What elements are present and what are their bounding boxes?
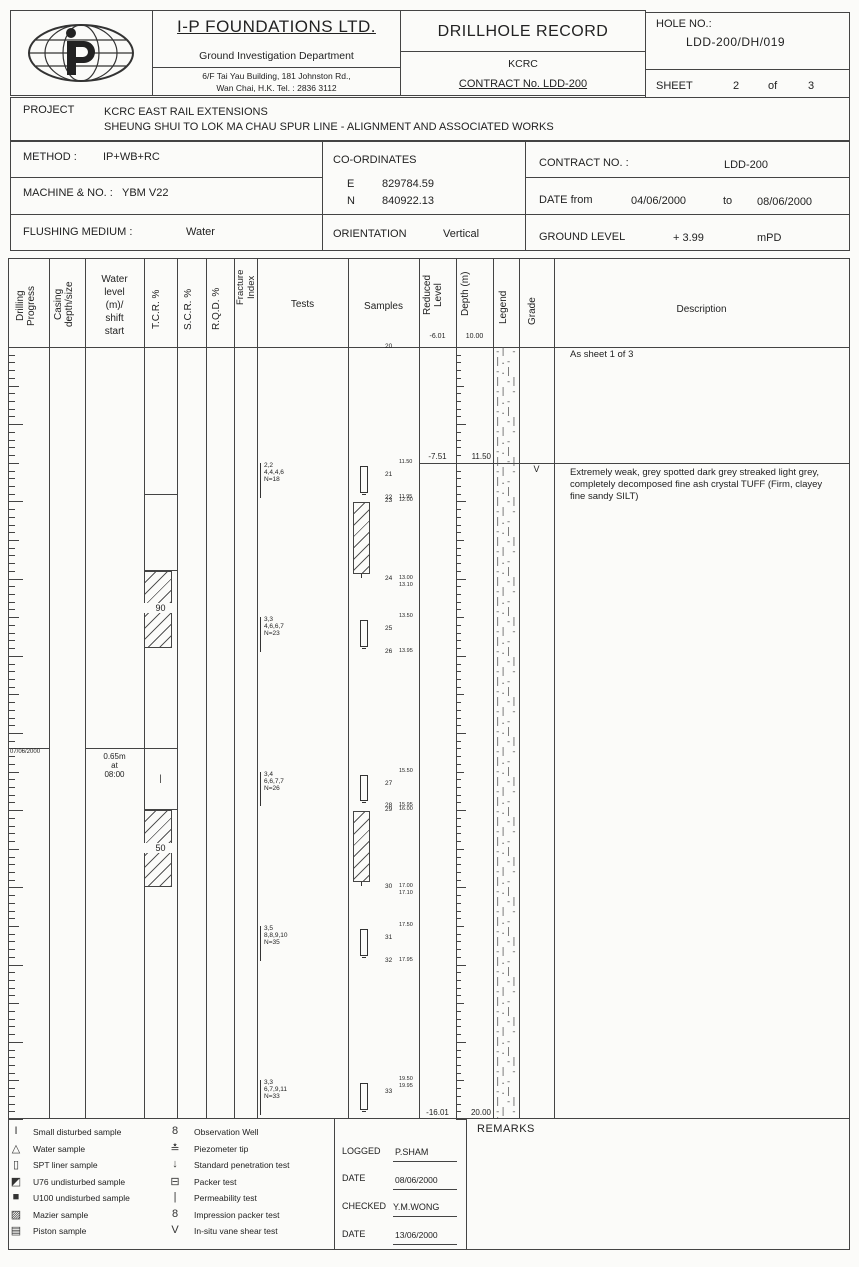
sheet-number: 2 [733,80,739,92]
depth-tick [9,849,19,850]
spt-test-value: N=33 [264,1093,280,1100]
date-to-label: to [723,195,732,207]
logged-date-label: DATE [342,1173,365,1183]
key-label: Small disturbed sample [33,1127,121,1137]
sample-number: 26 [385,648,392,655]
tcr-value: | [144,773,177,783]
depth-tick [9,656,23,657]
depth-tick [9,563,15,564]
depth-tick [9,540,19,541]
water-level-header-line: (m)/ [85,299,144,312]
water-level-value: 0.65m [85,752,144,761]
record-title-box: DRILLHOLE RECORD KCRC CONTRACT No. LDD-2… [400,10,646,96]
sample-depth: 12.00 [399,497,413,503]
method-value: IP+WB+RC [103,151,160,163]
col-header-scr: S.C.R. % [183,279,201,339]
depth-tick [456,509,461,510]
spt-liner-sample-icon: ▯ [9,1158,23,1171]
depth-tick [9,779,15,780]
depth-tick [9,401,15,402]
depth-tick [9,555,15,556]
depth-tick [9,895,15,896]
spt-test-bar [260,1080,261,1115]
depth-tick [9,1026,15,1027]
orientation-label: ORIENTATION [333,228,407,240]
contract-no-value: LDD-200 [724,159,768,171]
mazier-sample-icon [353,502,370,573]
checked-label: CHECKED [342,1201,386,1211]
depth-tick [456,440,461,441]
depth-tick [456,1042,466,1043]
key-label: Impression packer test [194,1210,280,1220]
depth-tick [456,965,466,966]
sample-number: 20 [385,343,392,350]
spt-test-value: N=18 [264,476,280,483]
remarks-label: REMARKS [477,1123,535,1135]
ip-globe-logo-icon [26,22,136,84]
water-level-header-line: Water [85,273,144,286]
col-header-description: Description [554,304,849,315]
depth-tick [9,887,23,888]
depth-tick [9,455,15,456]
machine-label: MACHINE & NO. : [23,187,113,199]
ground-level-unit: mPD [757,232,781,244]
depth-tick [9,741,15,742]
project-label: PROJECT [23,104,74,116]
depth-tick [456,918,461,919]
col-header-water-level: Water level (m)/ shift start [85,273,144,338]
sample-base [362,957,366,958]
depth-tick [456,362,461,363]
depth-tick [456,633,461,634]
col-header-legend: Legend [498,277,516,337]
depth-tick [9,1011,15,1012]
col-header-rqd: R.Q.D. % [211,279,229,339]
depth-tick [456,1096,461,1097]
depth-tick [456,424,466,425]
spt-test-value: 4,6,6,7 [264,623,284,630]
depth-tick [9,378,15,379]
tcr-value: 50 [144,843,177,853]
depth-tick [456,718,461,719]
depth-tick [456,833,461,834]
depth-tick [456,764,461,765]
sheet-label: SHEET [656,80,693,92]
stratum-reduced-level: -16.01 [419,1108,456,1117]
depth-tick [9,718,15,719]
depth-tick [9,787,15,788]
depth-tick [9,926,19,927]
depth-tick [456,501,466,502]
depth-tick [456,1057,461,1058]
depth-tick [9,694,19,695]
northing-label: N [347,195,355,207]
sample-depth: 13.95 [399,648,413,654]
depth-tick [456,934,461,935]
stratum-description: As sheet 1 of 3 [570,349,840,361]
col-header-drilling-progress: Drilling Progress [15,273,43,339]
checked-date-label: DATE [342,1229,365,1239]
sheet-of-label: of [768,80,777,92]
spt-test-bar [260,772,261,807]
sheet-total: 3 [808,80,814,92]
spt-test-value: 6,7,9,11 [264,1086,287,1093]
depth-tick [456,949,461,950]
key-label: U100 undisturbed sample [33,1193,130,1203]
depth-tick [456,609,461,610]
depth-tick [9,833,15,834]
depth-tick [456,555,461,556]
col-header-tcr: T.C.R. % [151,279,171,339]
key-label: Mazier sample [33,1210,88,1220]
checked-date: 13/06/2000 [395,1230,438,1240]
sample-number: 31 [385,934,392,941]
key-label: Piezometer tip [194,1144,248,1154]
key-label: In-situ vane shear test [194,1226,278,1236]
key-label: SPT liner sample [33,1160,98,1170]
depth-tick [456,903,461,904]
depth-tick [9,1111,15,1112]
water-sample-icon: △ [9,1142,23,1155]
depth-tick [9,625,15,626]
depth-tick [9,911,15,912]
depth-tick [456,880,461,881]
depth-tick [456,548,461,549]
depth-tick [456,941,461,942]
sample-depth: 16.00 [399,806,413,812]
depth-tick [456,471,461,472]
depth-tick [9,609,15,610]
depth-tick [456,494,461,495]
depth-tick [456,656,466,657]
depth-tick [9,471,15,472]
tcr-value: 90 [144,603,177,613]
depth-tick [9,501,23,502]
depth-tick [9,756,15,757]
depth-tick [9,1003,19,1004]
depth-tick [456,772,464,773]
sample-number: 24 [385,575,392,582]
depth-tick [456,887,466,888]
depth-tick [9,1050,15,1051]
sample-number: 25 [385,625,392,632]
depth-tick [456,802,461,803]
depth-tick [9,447,15,448]
depth-tick [456,579,466,580]
depth-tick [9,934,15,935]
depth-tick [9,826,15,827]
depth-tick [9,602,15,603]
depth-tick [456,586,461,587]
easting-label: E [347,178,354,190]
sample-number: 21 [385,471,392,478]
sample-depth: 13.50 [399,613,413,619]
depth-tick [9,347,23,348]
sample-number: 30 [385,883,392,890]
sample-depth: 17.10 [399,890,413,896]
header-logo-box [10,10,153,96]
depth-tick [456,787,461,788]
depth-tick [9,725,15,726]
depth-tick [9,571,15,572]
sample-base [362,802,366,803]
project-line-2: SHEUNG SHUI TO LOK MA CHAU SPUR LINE - A… [104,121,554,133]
sample-base [361,574,362,578]
sample-depth: 15.50 [399,768,413,774]
depth-tick [456,478,461,479]
sample-depth: 19.50 [399,1076,413,1082]
sample-base [361,882,362,886]
spt-test-bar [260,617,261,652]
key-label: Permeability test [194,1193,257,1203]
depth-tick [9,370,15,371]
spt-test-value: 4,4,4,6 [264,469,284,476]
depth-tick [9,980,15,981]
depth-tick [9,918,15,919]
sample-number: 27 [385,780,392,787]
depth-tick [456,1073,461,1074]
project-line-1: KCRC EAST RAIL EXTENSIONS [104,106,268,118]
depth-tick [9,586,15,587]
depth-tick [456,957,461,958]
spt-liner-sample-icon [360,466,368,493]
progress-date: 07/06/2000 [10,749,40,755]
depth-tick [9,409,15,410]
impression-packer-test-icon: 8 [168,1208,182,1220]
depth-tick [9,818,15,819]
spt-test-value: 3,3 [264,616,273,623]
depth-tick [456,648,461,649]
piezometer-tip-icon: ≛ [168,1142,182,1155]
depth-tick [456,540,464,541]
depth-tick [9,1065,15,1066]
depth-tick [9,702,15,703]
depth-tick [456,355,461,356]
sample-base [362,494,366,495]
depth-tick [9,880,15,881]
depth-tick [9,416,15,417]
sample-number: 29 [385,806,392,813]
legend-tuff-pattern: -| -.| |.- |- -.| -| | -|.- -| -.| |.- |… [495,347,518,1119]
key-label: Observation Well [194,1127,259,1137]
depth-tick [9,532,15,533]
depth-tick [456,872,461,873]
spt-liner-sample-icon [360,1083,368,1110]
col-header-grade: Grade [527,283,547,339]
depth-tick [456,849,464,850]
drillhole-log-table: Drilling Progress Casing depth/size Wate… [8,258,850,1119]
depth-tick [9,362,15,363]
depth-tick [9,1034,15,1035]
depth-tick [9,517,15,518]
depth-tick [456,1034,461,1035]
northing-value: 840922.13 [382,195,434,207]
depth-tick [456,416,461,417]
depth-tick [456,926,464,927]
depth-tick [9,1019,15,1020]
spt-liner-sample-icon [360,620,368,647]
depth-tick [456,810,466,811]
key-label: Standard penetration test [194,1160,289,1170]
depth-tick [456,1104,461,1105]
machine-value: YBM V22 [122,187,168,199]
depth-tick [456,980,461,981]
spt-test-value: N=26 [264,785,280,792]
stratum-description: Extremely weak, grey spotted dark grey s… [570,467,840,503]
depth-tick [9,679,15,680]
company-department: Ground Investigation Department [153,50,400,62]
spt-liner-sample-icon [360,929,368,956]
depth-tick [9,941,15,942]
packer-test-icon: ⊟ [168,1175,182,1188]
logged-by: P.SHAM [395,1147,428,1157]
depth-tick [456,826,461,827]
u76-undisturbed-sample-icon: ◩ [9,1175,23,1188]
depth-tick [9,772,19,773]
depth-tick [9,841,15,842]
checked-by: Y.M.WONG [393,1202,439,1212]
sample-depth: 19.95 [399,1083,413,1089]
observation-well-icon: 8 [168,1125,182,1137]
depth-tick [9,864,15,865]
flushing-label: FLUSHING MEDIUM : [23,226,132,238]
symbol-key: ISmall disturbed sample△Water sample▯SPT… [9,1119,334,1251]
depth-tick [456,972,461,973]
col-header-tests: Tests [257,299,348,310]
permeability-test-icon: | [168,1191,182,1203]
depth-tick [9,386,19,387]
hole-no-label: HOLE NO.: [656,18,712,30]
key-label: Packer test [194,1177,237,1187]
sample-number: 33 [385,1088,392,1095]
depth-tick [9,640,15,641]
depth-tick [9,1073,15,1074]
depth-tick [456,378,461,379]
depth-tick [9,424,23,425]
depth-tick [456,532,461,533]
spt-test-value: 6,6,7,7 [264,778,284,785]
depth-tick [456,347,466,348]
ground-level-label: GROUND LEVEL [539,231,625,243]
depth-tick [456,401,461,402]
depth-tick [9,478,15,479]
date-from-label: DATE from [539,194,593,206]
depth-tick [9,988,15,989]
spt-test-value: 8,8,9,10 [264,932,288,939]
depth-tick [456,447,461,448]
depth-tick [456,1080,464,1081]
depth-tick [9,1088,15,1089]
depth-tick [456,617,464,618]
depth-tick [9,857,15,858]
standard-penetration-test-icon: ↓ [168,1158,182,1170]
easting-value: 829784.59 [382,178,434,190]
col-header-fracture-index: Fracture Index [235,263,257,311]
flushing-value: Water [186,226,215,238]
depth-tick [456,841,461,842]
footer-box: ISmall disturbed sample△Water sample▯SPT… [8,1118,850,1250]
spt-test-bar [260,926,261,961]
small-disturbed-sample-icon: I [9,1125,23,1137]
depth-tick [456,702,461,703]
depth-tick [456,1050,461,1051]
depth-tick [456,664,461,665]
in-situ-vane-shear-test-icon: V [168,1224,182,1236]
u100-undisturbed-sample-icon: ■ [9,1191,23,1203]
client-name: KCRC [401,58,645,70]
key-label: Water sample [33,1144,85,1154]
depth-tick [9,687,15,688]
ground-level-value: + 3.99 [673,232,704,244]
key-label: Piston sample [33,1226,86,1236]
depth-tick [456,671,461,672]
depth-tick [456,687,461,688]
depth-tick [456,895,461,896]
depth-tick [9,355,15,356]
water-level-header-line: level [85,286,144,299]
depth-tick [456,694,464,695]
depth-tick [456,818,461,819]
depth-tick [456,525,461,526]
depth-tick [456,1026,461,1027]
reduced-level-top-value: -6.01 [419,333,456,340]
spt-test-value: 3,5 [264,925,273,932]
depth-tick [456,733,466,734]
sample-depth: 17.00 [399,883,413,889]
stratum-grade: V [519,464,554,474]
depth-tick [9,1042,23,1043]
hole-number-box: HOLE NO.: LDD-200/DH/019 SHEET 2 of 3 [645,12,850,98]
coordinates-label: CO-ORDINATES [333,154,417,166]
date-to-value: 08/06/2000 [757,196,812,208]
depth-tick [9,795,15,796]
depth-tick [456,432,461,433]
mazier-sample-icon: ▨ [9,1208,23,1221]
depth-tick [456,679,461,680]
stratum-reduced-level: -7.51 [419,452,456,461]
depth-tick [456,864,461,865]
depth-tick [456,795,461,796]
depth-tick [456,710,461,711]
col-header-reduced-level: Reduced Level [422,269,452,321]
depth-tick [9,664,15,665]
water-level-line [85,748,144,749]
depth-tick [9,957,15,958]
depth-tick [456,571,461,572]
tcr-run [144,494,177,571]
spt-test-value: 3,3 [264,1079,273,1086]
depth-tick [9,949,15,950]
depth-tick [456,779,461,780]
water-level-header-line: start [85,325,144,338]
piston-sample-icon: ▤ [9,1224,23,1237]
depth-tick [9,733,23,734]
depth-tick [456,741,461,742]
sample-depth: 13.00 [399,575,413,581]
depth-tick [9,648,15,649]
sample-base [362,648,366,649]
water-level-header-line: shift [85,312,144,325]
sample-base [362,1111,366,1112]
depth-tick [9,671,15,672]
stratum-depth: 20.00 [456,1108,493,1117]
depth-tick [9,802,15,803]
depth-tick [9,903,15,904]
company-address-1: 6/F Tai Yau Building, 181 Johnston Rd., [153,71,400,81]
company-name: I-P FOUNDATIONS LTD. [153,17,400,37]
depth-tick [456,857,461,858]
depth-tick [9,463,19,464]
